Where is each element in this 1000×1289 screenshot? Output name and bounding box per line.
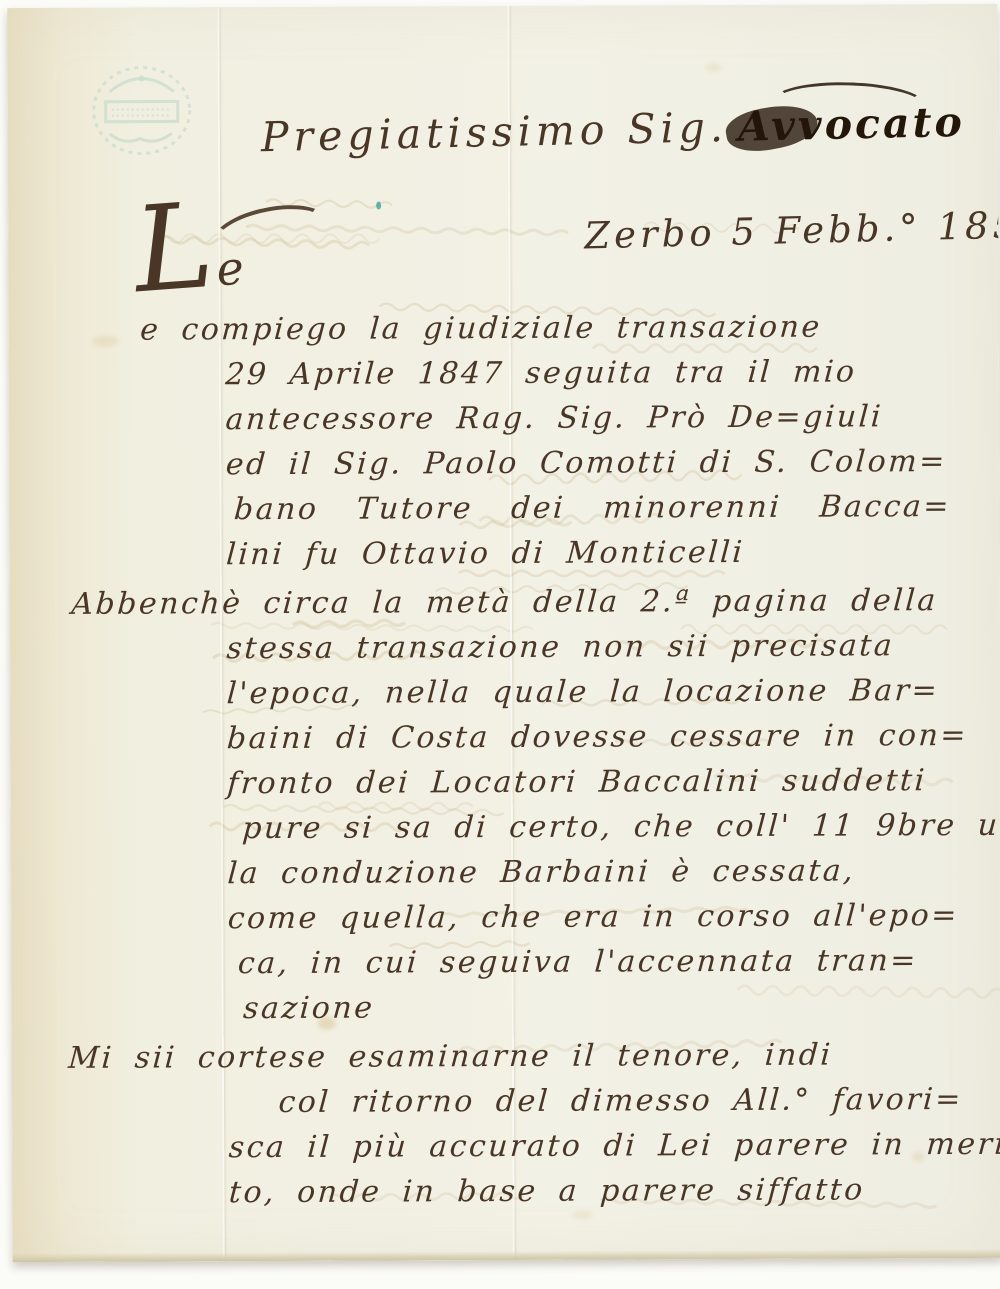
paper-bottom-edge xyxy=(13,1249,1000,1262)
dateline: Zerbo 5 Febb.° 1853 xyxy=(584,203,1000,258)
letter-line: fronto dei Locatori Baccalini suddetti xyxy=(226,758,996,806)
letter-line: ca, in cui seguiva l'accennata tran= xyxy=(237,938,997,986)
opening-flourish: Le xyxy=(131,195,247,298)
letter-line: come quella, che era in corso all'epo= xyxy=(226,893,996,941)
letter-line: e compiego la giudiziale transazione xyxy=(139,304,994,353)
letter-line: baini di Costa dovesse cessare in con= xyxy=(226,713,996,761)
letter-line: stessa transazione non sii precisata xyxy=(225,623,995,671)
letter-line: bano Tutore dei minorenni Bacca= xyxy=(233,484,995,532)
letter-line: sazione xyxy=(242,983,997,1031)
letter-line: Mi sii cortese esaminarne il tenore, ind… xyxy=(67,1032,997,1081)
paragraph-1: e compiego la giudiziale transazione 29 … xyxy=(64,304,992,578)
letter-line: col ritorno del dimesso All.° favori= xyxy=(277,1077,997,1125)
letter-body: e compiego la giudiziale transazione 29 … xyxy=(64,304,995,1220)
embossed-stamp xyxy=(83,57,199,164)
letter-line: sca il più accurato di Lei parere in mer… xyxy=(227,1122,997,1170)
letter-line: Abbenchè circa la metà della 2.ª pagina … xyxy=(70,578,995,627)
salutation: Pregiatissimo Sig.Avvocato xyxy=(260,98,965,161)
foxing-spot xyxy=(706,63,722,72)
salutation-text: Pregiatissimo Sig. xyxy=(260,103,728,161)
letter-line: ed il Sig. Paolo Comotti di S. Colom= xyxy=(224,439,994,487)
letter-line: to, onde in base a parere siffatto xyxy=(228,1167,998,1215)
letter-line: antecessore Rag. Sig. Prò De=giuli xyxy=(224,394,994,442)
ink-speck xyxy=(376,202,381,210)
salutation-emphasis: Avvocato xyxy=(737,98,965,151)
paragraph-3: Mi sii cortese esaminarne il tenore, ind… xyxy=(67,1032,995,1216)
scan-background: Pregiatissimo Sig.Avvocato Zerbo 5 Febb.… xyxy=(0,0,1000,1289)
letter-line: pure si sa di certo, che coll' 11 9bre u… xyxy=(241,803,996,851)
letter-line: lini fu Ottavio di Monticelli xyxy=(225,529,995,577)
letter-line: 29 Aprile 1847 seguita tra il mio xyxy=(224,349,994,397)
letter-line: l'epoca, nella quale la locazione Bar= xyxy=(225,668,995,716)
letter-page: Pregiatissimo Sig.Avvocato Zerbo 5 Febb.… xyxy=(7,4,1000,1262)
paragraph-2: Abbenchè circa la metà della 2.ª pagina … xyxy=(65,578,994,1032)
letter-line: la conduzione Barbaini è cessata, xyxy=(226,848,996,896)
